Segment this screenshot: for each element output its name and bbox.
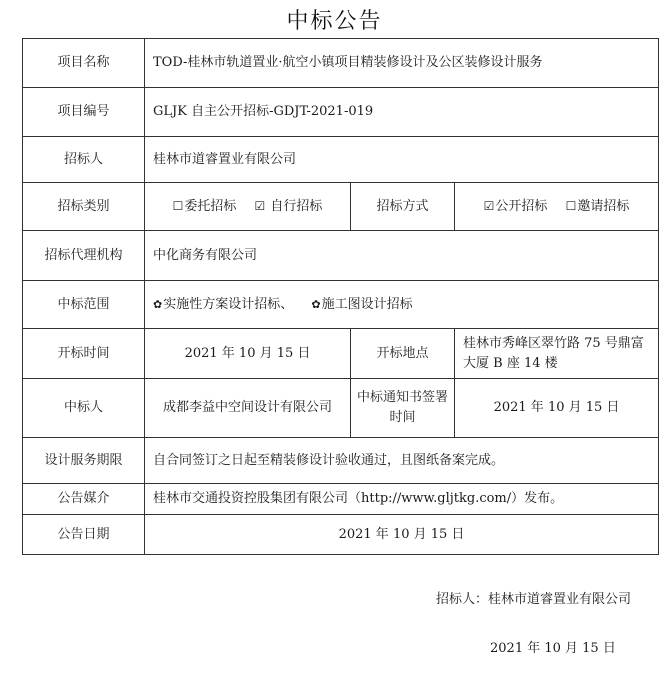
checkbox-checked-icon: ☑ (484, 199, 495, 213)
value-service-period: 自合同签订之日起至精装修设计验收通过，且图纸备案完成。 (145, 438, 659, 484)
option-open: ☑公开招标 (484, 196, 548, 217)
tender-category-options: ☐委托招标 ☑ 自行招标 (145, 183, 351, 231)
label-opening-place: 开标地点 (351, 329, 455, 379)
value-media: 桂林市交通投资控股集团有限公司（http://www.gljtkg.com/）发… (145, 484, 659, 515)
value-notice-sign-time: 2021 年 10 月 15 日 (455, 379, 659, 438)
row-announce-date: 公告日期 2021 年 10 月 15 日 (23, 515, 659, 555)
row-media: 公告媒介 桂林市交通投资控股集团有限公司（http://www.gljtkg.c… (23, 484, 659, 515)
value-project-name: TOD-桂林市轨道置业·航空小镇项目精装修设计及公区装修设计服务 (145, 39, 659, 88)
label-announce-date: 公告日期 (23, 515, 145, 555)
option-self: ☑ 自行招标 (255, 196, 323, 217)
label-winner: 中标人 (23, 379, 145, 438)
row-project-name: 项目名称 TOD-桂林市轨道置业·航空小镇项目精装修设计及公区装修设计服务 (23, 39, 659, 88)
option-entrusted-label: 委托招标 (184, 199, 236, 214)
row-scope: 中标范围 ✿实施性方案设计招标、 ✿施工图设计招标 (23, 281, 659, 329)
flower-bullet-icon: ✿ (311, 298, 320, 311)
checkbox-unchecked-icon: ☐ (566, 199, 577, 213)
document-title: 中标公告 (0, 4, 669, 35)
value-scope: ✿实施性方案设计招标、 ✿施工图设计招标 (145, 281, 659, 329)
value-agency: 中化商务有限公司 (145, 231, 659, 281)
label-opening-time: 开标时间 (23, 329, 145, 379)
value-tenderer: 桂林市道睿置业有限公司 (145, 137, 659, 183)
row-winner: 中标人 成都李益中空间设计有限公司 中标通知书签署时间 2021 年 10 月 … (23, 379, 659, 438)
row-service-period: 设计服务期限 自合同签订之日起至精装修设计验收通过，且图纸备案完成。 (23, 438, 659, 484)
scope-item: ✿施工图设计招标 (311, 297, 412, 312)
row-opening: 开标时间 2021 年 10 月 15 日 开标地点 桂林市秀峰区翠竹路 75 … (23, 329, 659, 379)
scope-item-label: 施工图设计招标 (322, 297, 413, 312)
value-opening-place: 桂林市秀峰区翠竹路 75 号鼎富大厦 B 座 14 楼 (455, 329, 659, 379)
label-project-name: 项目名称 (23, 39, 145, 88)
label-project-number: 项目编号 (23, 88, 145, 137)
option-entrusted: ☐委托招标 (173, 196, 237, 217)
option-open-label: 公开招标 (495, 199, 547, 214)
label-service-period: 设计服务期限 (23, 438, 145, 484)
label-tender-method: 招标方式 (351, 183, 455, 231)
option-invited-label: 邀请招标 (577, 199, 629, 214)
footer-issuer: 招标人：桂林市道睿置业有限公司 (436, 588, 631, 607)
option-invited: ☐邀请招标 (566, 196, 630, 217)
scope-item-label: 实施性方案设计招标、 (163, 297, 293, 312)
label-tenderer: 招标人 (23, 137, 145, 183)
row-tenderer: 招标人 桂林市道睿置业有限公司 (23, 137, 659, 183)
label-media: 公告媒介 (23, 484, 145, 515)
flower-bullet-icon: ✿ (153, 298, 162, 311)
value-announce-date: 2021 年 10 月 15 日 (145, 515, 659, 555)
value-opening-time: 2021 年 10 月 15 日 (145, 329, 351, 379)
label-tender-category: 招标类别 (23, 183, 145, 231)
scope-item: ✿实施性方案设计招标、 (153, 297, 293, 312)
row-tender-category: 招标类别 ☐委托招标 ☑ 自行招标 招标方式 ☑公开招标 ☐邀请招标 (23, 183, 659, 231)
label-notice-sign-time: 中标通知书签署时间 (351, 379, 455, 438)
value-winner: 成都李益中空间设计有限公司 (145, 379, 351, 438)
checkbox-unchecked-icon: ☐ (173, 199, 184, 213)
row-agency: 招标代理机构 中化商务有限公司 (23, 231, 659, 281)
value-project-number: GLJK 自主公开招标-GDJT-2021-019 (145, 88, 659, 137)
checkbox-checked-icon: ☑ (255, 199, 266, 213)
tender-method-options: ☑公开招标 ☐邀请招标 (455, 183, 659, 231)
footer-date: 2021 年 10 月 15 日 (490, 637, 616, 656)
row-project-number: 项目编号 GLJK 自主公开招标-GDJT-2021-019 (23, 88, 659, 137)
option-self-label: 自行招标 (270, 199, 322, 214)
award-notice-table: 项目名称 TOD-桂林市轨道置业·航空小镇项目精装修设计及公区装修设计服务 项目… (22, 38, 659, 555)
label-agency: 招标代理机构 (23, 231, 145, 281)
label-scope: 中标范围 (23, 281, 145, 329)
